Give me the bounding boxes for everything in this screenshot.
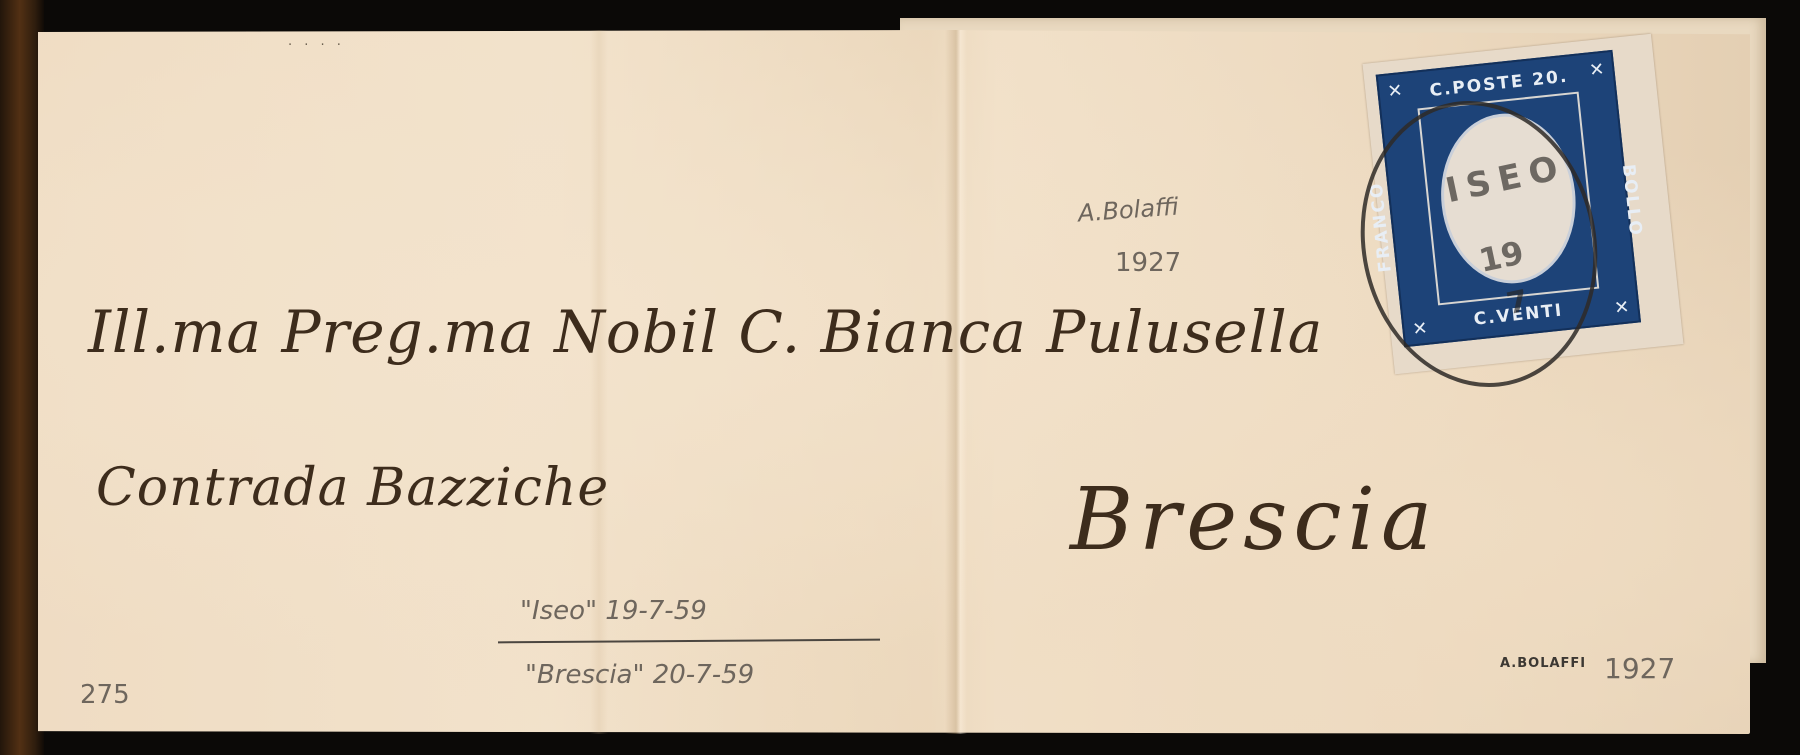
address-city: Brescia <box>1070 470 1438 570</box>
stamp-corner-icon: ✕ <box>1386 80 1403 102</box>
stamp-corner-icon: ✕ <box>1613 297 1630 319</box>
expert-stamp-year: 1927 <box>1604 652 1675 685</box>
address-street: Contrada Bazziche <box>96 458 609 518</box>
background-edge <box>0 0 44 755</box>
route-origin: "Iseo" 19-7-59 <box>520 596 707 626</box>
expert-handstamp: A.BOLAFFI <box>1500 656 1586 671</box>
paper-crease <box>590 30 608 734</box>
lot-number: 275 <box>80 680 130 710</box>
postmark-town: ISEO <box>1442 147 1569 211</box>
expert-year: 1927 <box>1115 248 1181 278</box>
postmark-month: 7 <box>1504 283 1532 322</box>
top-smudge: · · · · <box>288 38 345 53</box>
route-destination: "Brescia" 20-7-59 <box>525 660 754 690</box>
stamp-corner-icon: ✕ <box>1588 59 1605 81</box>
paper-fold <box>945 30 967 734</box>
address-recipient: Ill.ma Preg.ma Nobil C. Bianca Pulusella <box>88 298 1323 366</box>
stamp-right-text: BOLLO <box>1618 163 1646 238</box>
postmark-day: 19 <box>1476 233 1527 279</box>
